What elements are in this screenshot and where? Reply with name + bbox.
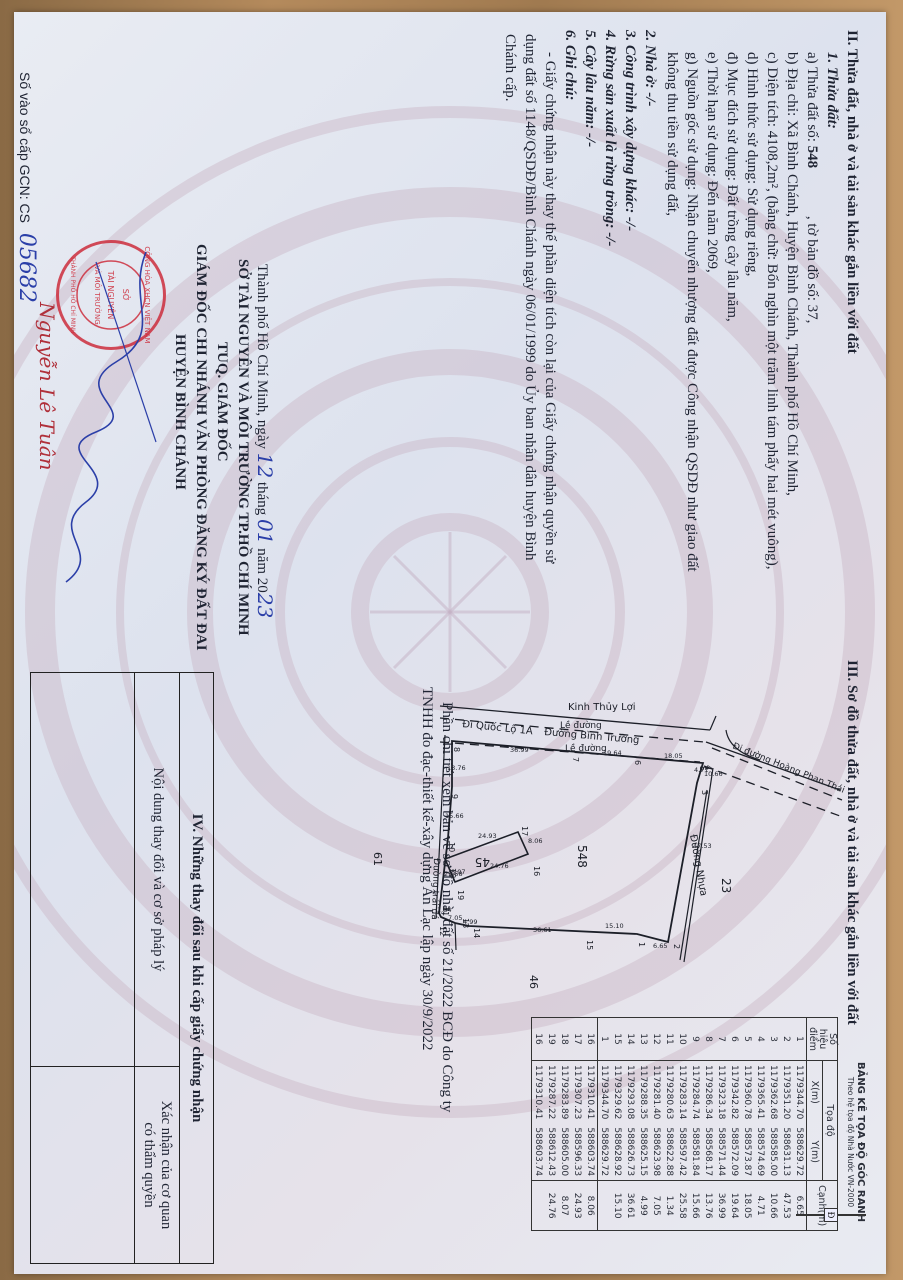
usage-form-line: d) Hình thức sử dụng: Sử dụng riêng, (742, 52, 762, 276)
house-item: 2. Nhà ở: -/- (640, 30, 660, 106)
coord-cell-edge: 1.34 (663, 1181, 676, 1231)
coord-cell-x: 1179293.08 (624, 1061, 637, 1124)
coord-row: 131179288.35588625.154.99 (637, 1018, 650, 1230)
coord-row: 31179362.68588585.0010.66 (767, 1018, 780, 1230)
coord-row: 181179283.89588605.008.07 (558, 1018, 571, 1230)
note-line-3: Chánh cấp. (500, 34, 520, 101)
coord-row: 161179310.41588603.748.06 (584, 1018, 598, 1230)
date-year: 23 (253, 593, 277, 618)
parcel-number: 548 (804, 146, 820, 169)
coord-cell-edge: 6.65 (793, 1181, 807, 1231)
coord-row: 161179310.41588603.74 (532, 1018, 545, 1230)
coord-cell-edge: 25.58 (676, 1181, 689, 1231)
coord-row: 41179365.41588574.694.71 (754, 1018, 767, 1230)
coord-cell-pt: 17 (571, 1018, 584, 1061)
coord-table-subtitle: Theo hệ tọa độ Nhà Nước VN-2000 (846, 1022, 855, 1262)
coord-cell-y: 588581.84 (689, 1123, 702, 1180)
coord-cell-pt: 1 (598, 1018, 612, 1061)
coord-cell-x: 1179365.41 (754, 1061, 767, 1124)
rotated-certificate-content: II. Thửa đất, nhà ở và tài sản khác gắn … (14, 12, 886, 1274)
parcel-label: a) Thửa đất số: (804, 52, 820, 142)
coord-row: 121179281.40588623.987.05 (650, 1018, 663, 1230)
area-line: c) Diện tích: 4108,2m², (bằng chữ: Bốn n… (762, 52, 782, 570)
coord-cell-y: 588625.15 (637, 1123, 650, 1180)
col-edge: Cạnh(m) (807, 1181, 838, 1231)
coord-cell-pt: 7 (715, 1018, 728, 1061)
coord-cell-edge: 24.93 (571, 1181, 584, 1231)
coord-cell-edge: 36.61 (624, 1181, 637, 1231)
coord-cell-pt: 8 (702, 1018, 715, 1061)
coord-row: 101179283.14588597.4225.58 (676, 1018, 689, 1230)
coord-cell-edge (532, 1181, 545, 1231)
coord-cell-y: 588568.17 (702, 1123, 715, 1180)
col-point-id: Số hiệu điểm (807, 1018, 838, 1061)
coord-cell-y: 588572.09 (728, 1123, 741, 1180)
coord-cell-x: 1179283.89 (558, 1061, 571, 1124)
coord-cell-pt: 6 (728, 1018, 741, 1061)
coord-cell-x: 1179284.74 (689, 1061, 702, 1124)
coord-cell-x: 1179288.35 (637, 1061, 650, 1124)
coord-cell-x: 1179342.82 (728, 1061, 741, 1124)
coord-cell-pt: 16 (584, 1018, 598, 1061)
col-authority-confirm: Xác nhận của cơ quan có thẩm quyền (134, 1067, 180, 1263)
section-3-title: III. Sơ đồ thửa đất, nhà ở và tài sản kh… (842, 660, 862, 1025)
coord-cell-pt: 9 (689, 1018, 702, 1061)
coord-row: 141179293.08588626.7336.61 (624, 1018, 637, 1230)
coord-row: 191179287.22588612.4324.76 (545, 1018, 558, 1230)
coord-cell-edge: 8.07 (558, 1181, 571, 1231)
coord-cell-y: 588571.44 (715, 1123, 728, 1180)
coord-cell-pt: 11 (663, 1018, 676, 1061)
coord-cell-y: 588623.98 (650, 1123, 663, 1180)
col-coords: Tọa độ (822, 1061, 837, 1181)
confirm-line-2: có thẩm quyền (141, 1122, 158, 1207)
coord-cell-x: 1179362.68 (767, 1061, 780, 1124)
certificate-page: II. Thửa đất, nhà ở và tài sản khác gắn … (14, 12, 886, 1274)
coord-cell-y: 588622.88 (663, 1123, 676, 1180)
coord-row: 91179284.74588581.8415.66 (689, 1018, 702, 1230)
usage-term-line: e) Thời hạn sử dụng: Đến năm 2069, (702, 52, 722, 273)
planted-forest-item: 4. Rừng sản xuất là rừng trồng: -/- (600, 30, 620, 246)
date-month: 01 (253, 519, 277, 544)
month-label: tháng (254, 482, 270, 515)
coord-cell-x: 1179360.78 (741, 1061, 754, 1124)
year-label: năm 20 (254, 548, 270, 593)
coord-cell-x: 1179344.70 (598, 1061, 612, 1124)
usage-purpose-line: đ) Mục đích sử dụng: Đất trồng cây lâu n… (722, 52, 742, 322)
parcel-number-line: a) Thửa đất số: 548 , tờ bản đồ số: 37, (802, 52, 822, 323)
issue-date-line: Thành phố Hồ Chí Minh, ngày 12 tháng 01 … (252, 264, 275, 618)
coord-cell-pt: 1 (793, 1018, 807, 1061)
other-construction-item: 3. Công trình xây dựng khác: -/- (620, 30, 640, 231)
signer-name: Nguyễn Lê Tuân (37, 302, 57, 471)
col-x: X(m) (807, 1061, 823, 1124)
coord-cell-y: 588605.00 (558, 1123, 571, 1180)
col-change-content: Nội dung thay đổi và cơ sở pháp lý (134, 673, 180, 1066)
confirm-line-1: Xác nhận của cơ quan (158, 1101, 175, 1229)
coord-cell-edge: 19.64 (728, 1181, 741, 1231)
coord-cell-x: 1179310.41 (584, 1061, 598, 1124)
section-3-note-2: TNHH đo đạc-thiết kế-xây dựng Ẩn Lạc lập… (417, 687, 437, 1050)
origin-line-2: không thu tiền sử dụng đất, (662, 52, 682, 216)
coord-cell-x: 1179283.14 (676, 1061, 689, 1124)
section-2-title: II. Thửa đất, nhà ở và tài sản khác gắn … (842, 30, 862, 354)
coord-cell-y: 588629.72 (793, 1123, 807, 1180)
coord-cell-pt: 2 (780, 1018, 793, 1061)
tuq-director: TUQ. GIÁM ĐỐC (212, 342, 232, 462)
coord-cell-edge: 4.71 (754, 1181, 767, 1231)
coord-cell-pt: 14 (624, 1018, 637, 1061)
signature-scribble (46, 242, 186, 602)
coord-cell-y: 588573.87 (741, 1123, 754, 1180)
col-y: Y(m) (807, 1123, 823, 1180)
coord-cell-pt: 16 (532, 1018, 545, 1061)
coord-cell-x: 1179286.34 (702, 1061, 715, 1124)
coord-cell-edge: 15.10 (611, 1181, 624, 1231)
coord-row: 81179286.34588568.1713.76 (702, 1018, 715, 1230)
coord-cell-pt: 5 (741, 1018, 754, 1061)
coordinate-table: Số hiệu điểm Tọa độ Cạnh(m) X(m) Y(m) 11… (531, 1017, 838, 1231)
coord-cell-edge: 10.66 (767, 1181, 780, 1231)
coord-cell-x: 1179307.23 (571, 1061, 584, 1124)
coord-cell-pt: 12 (650, 1018, 663, 1061)
coord-row: 51179360.78588573.8718.05 (741, 1018, 754, 1230)
issuing-org: SỞ TÀI NGUYÊN VÀ MÔI TRƯỜNG TP.HỒ CHÍ MI… (233, 259, 253, 636)
section-3-note-1: Phần chi tiết xem bản vẽ sơ đồ nhà, đất … (437, 702, 457, 1112)
branch-director: GIÁM ĐỐC CHI NHÁNH VĂN PHÒNG ĐĂNG KÝ ĐẤT… (191, 244, 211, 651)
land-heading: 1. Thửa đất: (822, 52, 842, 129)
coord-cell-pt: 19 (545, 1018, 558, 1061)
coord-cell-edge: 15.66 (689, 1181, 702, 1231)
coord-cell-x: 1179344.70 (793, 1061, 807, 1124)
coord-cell-edge: 47.53 (780, 1181, 793, 1231)
address-line: b) Địa chỉ: Xã Bình Chánh, Huyện Bình Ch… (782, 52, 802, 496)
coord-cell-edge: 18.05 (741, 1181, 754, 1231)
north-arrow-icon: Đ (796, 1208, 866, 1222)
coord-cell-y: 588596.33 (571, 1123, 584, 1180)
coord-cell-pt: 10 (676, 1018, 689, 1061)
coord-cell-edge (598, 1181, 612, 1231)
coord-cell-x: 1179287.22 (545, 1061, 558, 1124)
coord-cell-y: 588629.72 (598, 1123, 612, 1180)
perennial-trees-item: 5. Cây lâu năm: -/- (580, 30, 600, 147)
coord-row: 111179280.63588622.881.34 (663, 1018, 676, 1230)
coord-row: 61179342.82588572.0919.64 (728, 1018, 741, 1230)
coord-cell-y: 588603.74 (532, 1123, 545, 1180)
register-label: Số vào sổ cấp GCN: CS (17, 72, 33, 223)
coord-cell-pt: 3 (767, 1018, 780, 1061)
coord-cell-y: 588603.74 (584, 1123, 598, 1180)
coord-table-title: BẢNG KÊ TỌA ĐỘ GÓC RANH (855, 1022, 866, 1262)
coord-cell-x: 1179329.62 (611, 1061, 624, 1124)
coord-cell-pt: 13 (637, 1018, 650, 1061)
coord-cell-x: 1179351.20 (780, 1061, 793, 1124)
coord-row: 11179344.70588629.72 (598, 1018, 612, 1230)
coord-cell-x: 1179281.40 (650, 1061, 663, 1124)
coord-row: 171179307.23588596.3324.93 (571, 1018, 584, 1230)
notes-heading: 6. Ghi chú: (560, 30, 580, 100)
coord-cell-edge: 24.76 (545, 1181, 558, 1231)
coord-cell-x: 1179323.18 (715, 1061, 728, 1124)
coord-cell-pt: 15 (611, 1018, 624, 1061)
coord-cell-x: 1179310.41 (532, 1061, 545, 1124)
coord-cell-y: 588585.00 (767, 1123, 780, 1180)
register-line: Số vào sổ cấp GCN: CS 05682 (15, 72, 37, 303)
coord-cell-edge: 7.05 (650, 1181, 663, 1231)
map-sheet: , tờ bản đồ số: 37, (804, 216, 820, 324)
coord-cell-pt: 4 (754, 1018, 767, 1061)
coord-row: 21179351.20588631.1347.53 (780, 1018, 793, 1230)
coord-cell-y: 588626.73 (624, 1123, 637, 1180)
coord-cell-y: 588597.42 (676, 1123, 689, 1180)
note-line-1: - Giấy chứng nhận này thay thế phần diện… (540, 52, 560, 563)
coord-cell-edge: 36.99 (715, 1181, 728, 1231)
date-day: 12 (253, 453, 277, 478)
origin-line-1: g) Nguồn gốc sử dụng: Nhận chuyển nhượng… (682, 52, 702, 572)
note-line-2: dụng đất số 1148/QSDĐ/Bình Chánh ngày 06… (520, 34, 540, 561)
coord-row: 151179329.62588628.9215.10 (611, 1018, 624, 1230)
date-prefix: Thành phố Hồ Chí Minh, ngày (254, 264, 270, 449)
coord-cell-edge: 4.99 (637, 1181, 650, 1231)
coord-cell-y: 588574.69 (754, 1123, 767, 1180)
coord-cell-edge: 8.06 (584, 1181, 598, 1231)
coord-row: 71179323.18588571.4436.99 (715, 1018, 728, 1230)
changes-table: IV. Những thay đổi sau khi cấp giấy chứn… (30, 672, 214, 1264)
coord-cell-edge: 13.76 (702, 1181, 715, 1231)
coord-cell-pt: 18 (558, 1018, 571, 1061)
coord-cell-y: 588612.43 (545, 1123, 558, 1180)
coord-cell-y: 588631.13 (780, 1123, 793, 1180)
coord-cell-y: 588628.92 (611, 1123, 624, 1180)
register-number: 05682 (14, 233, 39, 303)
coord-row: 11179344.70588629.726.65 (793, 1018, 807, 1230)
section-4-title: IV. Những thay đổi sau khi cấp giấy chứn… (179, 673, 213, 1263)
coord-cell-x: 1179280.63 (663, 1061, 676, 1124)
